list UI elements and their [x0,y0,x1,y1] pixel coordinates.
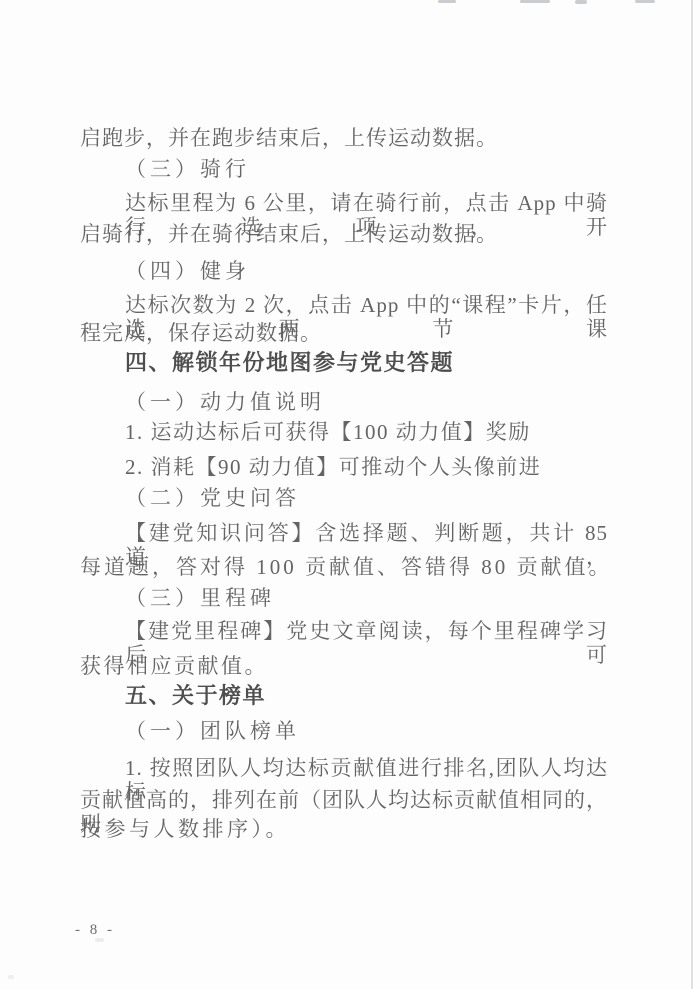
page-number: - 8 - [75,922,115,939]
list-item-power-value-2: 2. 消耗【90 动力值】可推动个人头像前进 [125,455,541,479]
subsection-heading-fitness: （四）健身 [125,259,250,283]
scan-smudge-artifact [635,0,655,3]
section-heading-4-unlock-map: 四、解锁年份地图参与党史答题 [125,351,454,375]
body-line-team-ranking-end: 按参与人数排序）。 [80,817,290,841]
scan-edge-artifact [691,0,693,989]
body-line-running-continuation: 启跑步，并在跑步结束后，上传运动数据。 [80,126,498,150]
section-heading-5-ranking: 五、关于榜单 [125,684,266,708]
scan-smudge-artifact [438,0,456,3]
subsection-heading-cycling: （三）骑行 [125,157,250,181]
body-line-fitness-continuation: 程完成，保存运动数据。 [80,321,322,345]
scan-smudge-artifact [520,0,550,3]
scan-smudge-artifact [575,0,587,4]
body-line-quiz-scoring: 每道题，答对得 100 贡献值、答错得 80 贡献值。 [80,555,613,579]
subsection-heading-power-value: （一）动力值说明 [125,390,325,414]
subsection-heading-history-quiz: （二）党史问答 [125,486,300,510]
scanned-document-page: 启跑步，并在跑步结束后，上传运动数据。 （三）骑行 达标里程为 6 公里，请在骑… [0,0,700,989]
body-line-milestone-continuation: 获得相应贡献值。 [80,654,268,678]
subsection-heading-team-ranking: （一）团队榜单 [125,719,300,743]
scan-smudge-artifact [8,975,14,979]
subsection-heading-milestone: （三）里程碑 [125,586,275,610]
list-item-power-value-1: 1. 运动达标后可获得【100 动力值】奖励 [125,420,531,444]
body-line-cycling-continuation: 启骑行，并在骑行结束后，上传运动数据。 [80,222,498,246]
